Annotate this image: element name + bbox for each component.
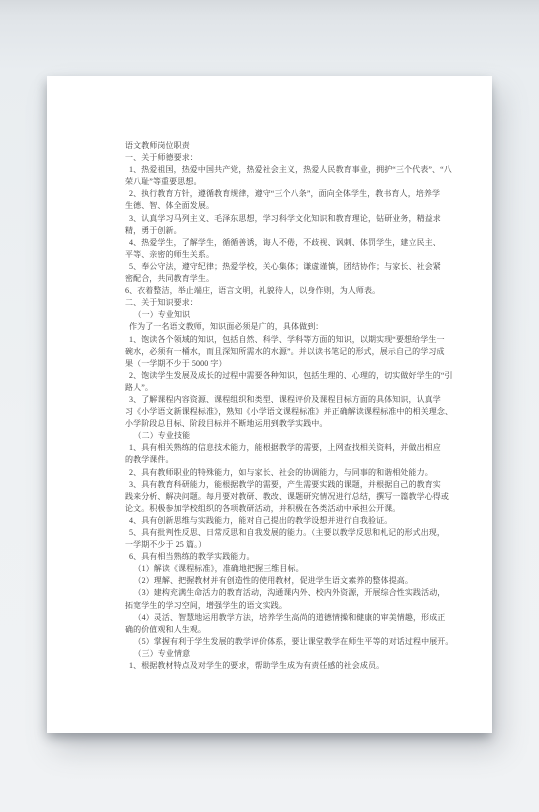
document-line: 果（一学期不少于 5000 字） [125,358,460,370]
document-line: 碗水，必须有一桶水，而且深知所需水的水源”。并以读书笔记的形式，展示自己的学习成 [125,346,460,358]
document-line: 路人”。 [125,382,460,394]
document-line: （5）掌握有利于学生发展的教学评价体系，要让课堂教学在师生平等的对话过程中展开。 [134,636,461,648]
document-line: （三）专业情意 [134,648,461,660]
document-line: （2）理解、把握教材并有创造性的使用教材，促进学生语文素养的整体提高。 [134,575,461,587]
document-line: 1、具有相关熟练的信息技术能力，能根据教学的需要，上网查找相关资料，并做出相应 [129,442,460,454]
document-line: 平等、亲密的师生关系。 [125,249,460,261]
document-line: 确的价值观和人生观。 [125,624,460,636]
document-line: 拓宽学生的学习空间，增强学生的语文实践。 [125,600,460,612]
document-line: 二、关于知识要求： [125,297,460,309]
document-line: 1、热爱祖国，热爱中国共产党，热爱社会主义，热爱人民教育事业，拥护“三个代表”、… [129,164,460,176]
document-line: （4）灵活、智慧地运用教学方法，培养学生高尚的道德情操和健康的审美情趣，形成正 [134,612,461,624]
document-line: 1、根据教材特点及对学生的要求，帮助学生成为有责任感的社会成员。 [129,660,460,672]
document-line: （二）专业技能 [134,430,461,442]
document-line: （3）建构充满生命活力的教育活动，沟通课内外、校内外资源，开展综合性实践活动， [134,587,461,599]
document-line: （1）解读《课程标准》，准确地把握三维目标。 [134,563,461,575]
document-line: 3、了解课程内容资源、课程组织和类型、课程评价及课程目标方面的具体知识，认真学 [129,394,460,406]
document-line: 2、执行教育方针，遵循教育规律，遵守“三个八条”，面向全体学生，教书育人，培养学 [129,188,460,200]
document-line: 一学期不少于 25 篇。） [125,539,460,551]
document-line: 的教学课件。 [125,454,460,466]
document-line: 精，勇于创新。 [125,225,460,237]
document-line: 5、具有批判性反思、日常反思和自我发展的能力。（主要以教学反思和札记的形式出现， [129,527,460,539]
document-line: 3、具有教育科研能力，能根据教学的需要，产生需要实践的课题，并根据自己的教育实 [129,479,460,491]
document-line: （一）专业知识 [134,309,461,321]
document-text-block: 语文教师岗位职责一、关于师德要求：1、热爱祖国，热爱中国共产党，热爱社会主义，热… [125,140,460,672]
document-line: 3、认真学习马列主义、毛泽东思想，学习科学文化知识和教育理论，钻研业务，精益求 [129,213,460,225]
document-line: 小学阶段总目标、阶段目标并不断地运用到教学实践中。 [125,418,460,430]
document-line: 2、饱读学生发展及成长的过程中需要各种知识，包括生理的、心理的，切实做好学生的“… [129,370,460,382]
document-line: 1、饱读各个领域的知识，包括自然、科学、学科等方面的知识，以期实现“要想给学生一 [129,334,460,346]
document-line: 4、热爱学生，了解学生，循循善诱，诲人不倦，不歧视、讽刺、体罚学生，建立民主、 [129,237,460,249]
document-line: 5、奉公守法，遵守纪律；热爱学校，关心集体；谦虚谨慎，团结协作；与家长、社会紧 [129,261,460,273]
document-line: 荣八耻”等重要思想。 [125,176,460,188]
document-line: 4、具有创新思维与实践能力，能对自己提出的教学设想并进行自我验证。 [129,515,460,527]
document-line: 作为了一名语文教师，知识面必须是广的，具体做到： [129,321,460,333]
document-line: 践来分析、解决问题。每月要对教研、教改、课题研究情况进行总结，撰写一篇教学心得或 [125,491,460,503]
document-page: 语文教师岗位职责一、关于师德要求：1、热爱祖国，热爱中国共产党，热爱社会主义，热… [47,76,492,733]
document-line: 6、具有相当熟练的教学实践能力。 [129,551,460,563]
document-line: 论文。积极参加学校组织的各项教研活动，并积极在各类活动中承担公开课。 [125,503,460,515]
document-line: 语文教师岗位职责 [125,140,460,152]
document-line: 一、关于师德要求： [125,152,460,164]
document-line: 6、衣着整洁，举止端庄，语言文明，礼貌待人，以身作则，为人师表。 [125,285,460,297]
document-line: 生德、智、体全面发展。 [125,200,460,212]
document-line: 2、具有教师职业的特殊能力，如与家长、社会的协调能力，与同事的和谐相处能力。 [129,467,460,479]
desk-background: 语文教师岗位职责一、关于师德要求：1、热爱祖国，热爱中国共产党，热爱社会主义，热… [0,0,539,812]
document-line: 密配合，共同教育学生。 [125,273,460,285]
document-line: 习《小学语文新课程标准》，熟知《小学语文课程标准》并正确解读课程标准中的相关理念… [125,406,460,418]
